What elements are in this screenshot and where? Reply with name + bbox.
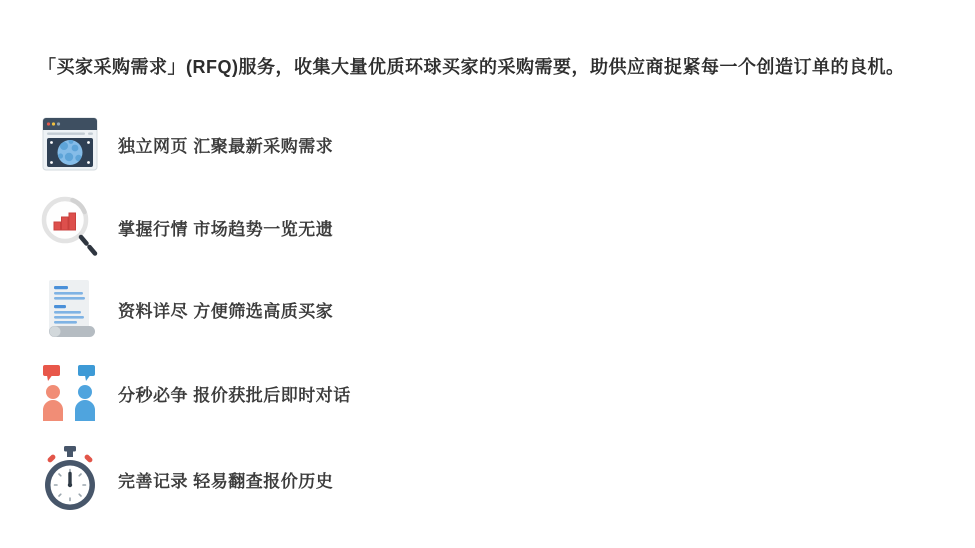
feature-row-market-trends: 掌握行情 市场趋势一览无遗 [40, 195, 333, 259]
feature-row-history: 完善记录 轻易翻查报价历史 [40, 447, 333, 511]
magnifier-chart-icon [40, 195, 100, 259]
feature-label: 资料详尽 方便筛选高质买家 [118, 297, 333, 322]
feature-row-webpage: 独立网页 汇聚最新采购需求 [40, 112, 333, 176]
stopwatch-icon [40, 447, 100, 511]
feature-label: 分秒必争 报价获批后即时对话 [118, 381, 351, 406]
browser-globe-icon [40, 112, 100, 176]
feature-row-detailed-info: 资料详尽 方便筛选高质买家 [40, 277, 333, 341]
feature-label: 完善记录 轻易翻查报价历史 [118, 467, 333, 492]
scroll-document-icon [40, 277, 100, 341]
people-chat-icon [40, 361, 100, 425]
page-title: 「买家采购需求」(RFQ)服务，收集大量优质环球买家的采购需要，助供应商捉紧每一… [38, 56, 958, 79]
feature-row-instant-chat: 分秒必争 报价获批后即时对话 [40, 361, 351, 425]
feature-label: 独立网页 汇聚最新采购需求 [118, 132, 333, 157]
feature-label: 掌握行情 市场趋势一览无遗 [118, 215, 333, 240]
rfq-service-section: 「买家采购需求」(RFQ)服务，收集大量优质环球买家的采购需要，助供应商捉紧每一… [0, 0, 975, 548]
